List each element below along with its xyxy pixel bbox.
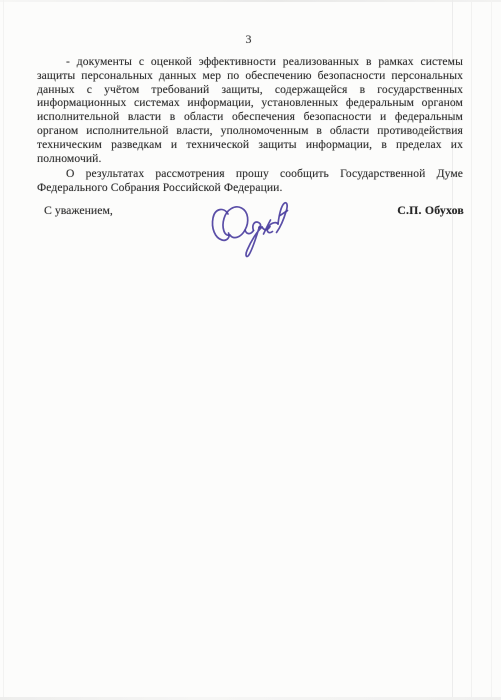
- body-line: Федерального Собрания Российской Федерац…: [37, 181, 463, 195]
- body-line: защиты персональных данных мер по обеспе…: [37, 69, 463, 83]
- paragraph: О результатах рассмотрения прошу сообщит…: [37, 167, 463, 195]
- scan-streak: [471, 0, 472, 700]
- scan-streak: [3, 0, 4, 700]
- scan-edge-top: [0, 0, 501, 2]
- body-line: техническим разведкам и технической защи…: [37, 138, 463, 152]
- body-line: информационных системах информации, уста…: [37, 96, 463, 110]
- letter-body: - документы с оценкой эффективности реал…: [37, 55, 463, 195]
- handwritten-signature-icon: [195, 197, 300, 263]
- scanned-letter-page: 3 - документы с оценкой эффективности ре…: [0, 0, 501, 700]
- signer-name: С.П. Обухов: [397, 203, 464, 218]
- body-line: исполнительной власти в области обеспече…: [37, 110, 463, 124]
- closing-salutation: С уважением,: [44, 203, 113, 218]
- body-line: данных с учётом требований защиты, содер…: [37, 83, 463, 97]
- body-line: полномочий.: [37, 152, 463, 166]
- body-line: органом исполнительной власти, уполномоч…: [37, 124, 463, 138]
- body-line: - документы с оценкой эффективности реал…: [37, 55, 463, 69]
- page-number: 3: [0, 32, 497, 47]
- scan-streak: [491, 0, 492, 700]
- paragraph: - документы с оценкой эффективности реал…: [37, 55, 463, 165]
- body-line: О результатах рассмотрения прошу сообщит…: [37, 167, 463, 181]
